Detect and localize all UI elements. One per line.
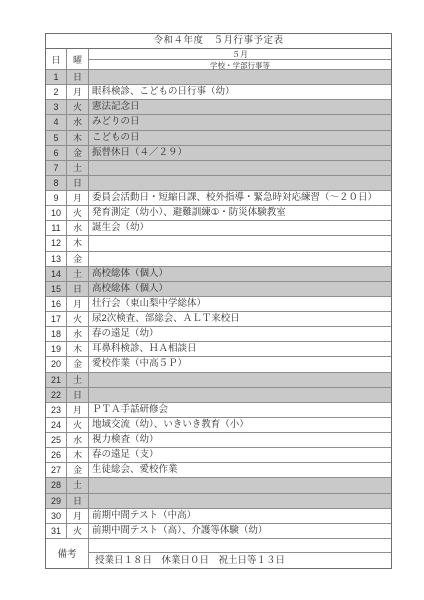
table-row: 24火地域交流（幼）、いきいき教育（小） xyxy=(46,418,391,433)
table-row: 22日 xyxy=(46,388,391,403)
day-number: 7 xyxy=(46,161,67,175)
remarks-label: 備考 xyxy=(46,539,89,568)
table-row: 13金 xyxy=(46,252,391,267)
event-text: 春の遠足（幼） xyxy=(89,327,391,341)
table-row: 25水視力検査（幼） xyxy=(46,433,391,448)
event-text: 眼科検診、こどもの日行事（幼） xyxy=(89,85,391,99)
weekday-label: 木 xyxy=(67,236,89,250)
day-number: 12 xyxy=(46,236,67,250)
event-text: 春の遠足（支） xyxy=(89,448,391,462)
table-row: 14土高校総体（個人） xyxy=(46,267,391,282)
day-number: 4 xyxy=(46,115,67,129)
event-text: 委員会活動日・短縮日課、校外指導・緊急時対応練習（～２０日） xyxy=(89,191,391,205)
schedule-rows: 1日2月眼科検診、こどもの日行事（幼）3火憲法記念日4水みどりの日5木こどもの日… xyxy=(46,70,391,539)
table-row: 15日高校総体（個人） xyxy=(46,282,391,297)
event-text xyxy=(89,176,391,190)
day-number: 21 xyxy=(46,373,67,387)
header-events-column: ５月 学校・学部行事等 xyxy=(89,49,391,69)
table-row: 23月ＰＴＡ手話研修会 xyxy=(46,403,391,418)
day-number: 13 xyxy=(46,252,67,266)
remarks-content: 授業日１８日 休業日０日 祝土日等１３日 xyxy=(89,539,391,568)
day-number: 17 xyxy=(46,312,67,326)
table-row: 20金愛校作業（中高５Ｐ） xyxy=(46,357,391,372)
weekday-label: 日 xyxy=(67,494,89,508)
event-text: 壮行会（東山梨中学総体） xyxy=(89,297,391,311)
weekday-label: 土 xyxy=(67,267,89,281)
event-text: 愛校作業（中高５Ｐ） xyxy=(89,357,391,371)
weekday-label: 月 xyxy=(67,509,89,523)
weekday-label: 日 xyxy=(67,282,89,296)
day-number: 14 xyxy=(46,267,67,281)
weekday-label: 水 xyxy=(67,433,89,447)
weekday-label: 火 xyxy=(67,206,89,220)
weekday-label: 金 xyxy=(67,146,89,160)
table-row: 12木 xyxy=(46,236,391,251)
day-number: 2 xyxy=(46,85,67,99)
event-text xyxy=(89,478,391,492)
weekday-label: 木 xyxy=(67,448,89,462)
weekday-label: 月 xyxy=(67,297,89,311)
table-row: 5木こどもの日 xyxy=(46,131,391,146)
weekday-label: 日 xyxy=(67,388,89,402)
table-row: 26木春の遠足（支） xyxy=(46,448,391,463)
weekday-label: 土 xyxy=(67,161,89,175)
table-row: 21土 xyxy=(46,373,391,388)
table-row: 6金振替休日（４／２９） xyxy=(46,146,391,161)
day-number: 24 xyxy=(46,418,67,432)
day-number: 5 xyxy=(46,131,67,145)
weekday-label: 火 xyxy=(67,100,89,114)
day-number: 3 xyxy=(46,100,67,114)
weekday-label: 土 xyxy=(67,373,89,387)
day-number: 30 xyxy=(46,509,67,523)
weekday-label: 日 xyxy=(67,70,89,84)
table-row: 29日 xyxy=(46,494,391,509)
table-row: 17火尿2次検査、部総会、ＡＬＴ来校日 xyxy=(46,312,391,327)
table-row: 30月前期中間テスト（中高） xyxy=(46,509,391,524)
table-row: 19木耳鼻科検診、ＨＡ相談日 xyxy=(46,342,391,357)
day-number: 29 xyxy=(46,494,67,508)
event-text: 憲法記念日 xyxy=(89,100,391,114)
day-number: 27 xyxy=(46,463,67,477)
remarks-section: 備考 授業日１８日 休業日０日 祝土日等１３日 xyxy=(46,539,391,568)
event-text: 生徒総会、愛校作業 xyxy=(89,463,391,477)
day-number: 20 xyxy=(46,357,67,371)
day-number: 6 xyxy=(46,146,67,160)
table-row: 10火発育測定（幼小）、避難訓練①・防災体験教室 xyxy=(46,206,391,221)
weekday-label: 木 xyxy=(67,342,89,356)
weekday-label: 月 xyxy=(67,403,89,417)
weekday-label: 水 xyxy=(67,115,89,129)
event-text: 耳鼻科検診、ＨＡ相談日 xyxy=(89,342,391,356)
day-number: 22 xyxy=(46,388,67,402)
event-text: ＰＴＡ手話研修会 xyxy=(89,403,391,417)
day-number: 18 xyxy=(46,327,67,341)
event-text xyxy=(89,494,391,508)
day-number: 8 xyxy=(46,176,67,190)
event-text: 誕生会（幼） xyxy=(89,221,391,235)
table-row: 7土 xyxy=(46,161,391,176)
day-number: 1 xyxy=(46,70,67,84)
day-number: 11 xyxy=(46,221,67,235)
weekday-label: 金 xyxy=(67,463,89,477)
event-text: 高校総体（個人） xyxy=(89,282,391,296)
header-weekday-column: 曜 xyxy=(67,49,89,69)
table-row: 31火前期中間テスト（高）、介護等体験（幼） xyxy=(46,524,391,539)
table-row: 28土 xyxy=(46,478,391,493)
event-text: 尿2次検査、部総会、ＡＬＴ来校日 xyxy=(89,312,391,326)
day-number: 9 xyxy=(46,191,67,205)
event-text xyxy=(89,161,391,175)
weekday-label: 水 xyxy=(67,221,89,235)
day-number: 26 xyxy=(46,448,67,462)
weekday-label: 金 xyxy=(67,252,89,266)
table-row: 27金生徒総会、愛校作業 xyxy=(46,463,391,478)
weekday-label: 日 xyxy=(67,176,89,190)
table-header: 日 曜 ５月 学校・学部行事等 xyxy=(46,49,391,70)
event-text xyxy=(89,70,391,84)
event-text xyxy=(89,252,391,266)
remarks-line-1 xyxy=(89,539,391,553)
weekday-label: 月 xyxy=(67,191,89,205)
table-row: 16月壮行会（東山梨中学総体） xyxy=(46,297,391,312)
event-text xyxy=(89,388,391,402)
event-text: こどもの日 xyxy=(89,131,391,145)
weekday-label: 金 xyxy=(67,357,89,371)
header-day-column: 日 xyxy=(46,49,67,69)
weekday-label: 土 xyxy=(67,478,89,492)
table-row: 8日 xyxy=(46,176,391,191)
day-number: 16 xyxy=(46,297,67,311)
event-text: 発育測定（幼小）、避難訓練①・防災体験教室 xyxy=(89,206,391,220)
weekday-label: 火 xyxy=(67,418,89,432)
page-title: 令和４年度 ５月行事予定表 xyxy=(46,34,391,49)
table-row: 2月眼科検診、こどもの日行事（幼） xyxy=(46,85,391,100)
schedule-sheet: 令和４年度 ５月行事予定表 日 曜 ５月 学校・学部行事等 1日2月眼科検診、こ… xyxy=(45,33,392,569)
table-row: 1日 xyxy=(46,70,391,85)
day-number: 10 xyxy=(46,206,67,220)
event-text: みどりの日 xyxy=(89,115,391,129)
day-number: 15 xyxy=(46,282,67,296)
header-month-label: ５月 xyxy=(89,49,391,60)
event-text: 高校総体（個人） xyxy=(89,267,391,281)
event-text: 地域交流（幼）、いきいき教育（小） xyxy=(89,418,391,432)
weekday-label: 月 xyxy=(67,85,89,99)
weekday-label: 水 xyxy=(67,327,89,341)
weekday-label: 木 xyxy=(67,131,89,145)
weekday-label: 火 xyxy=(67,524,89,538)
day-number: 19 xyxy=(46,342,67,356)
remarks-line-2: 授業日１８日 休業日０日 祝土日等１３日 xyxy=(89,553,391,568)
table-row: 3火憲法記念日 xyxy=(46,100,391,115)
event-text xyxy=(89,236,391,250)
day-number: 25 xyxy=(46,433,67,447)
event-text: 前期中間テスト（中高） xyxy=(89,509,391,523)
weekday-label: 火 xyxy=(67,312,89,326)
event-text: 視力検査（幼） xyxy=(89,433,391,447)
day-number: 31 xyxy=(46,524,67,538)
day-number: 28 xyxy=(46,478,67,492)
table-row: 4水みどりの日 xyxy=(46,115,391,130)
table-row: 9月委員会活動日・短縮日課、校外指導・緊急時対応練習（～２０日） xyxy=(46,191,391,206)
table-row: 11水誕生会（幼） xyxy=(46,221,391,236)
table-row: 18水春の遠足（幼） xyxy=(46,327,391,342)
event-text: 振替休日（４／２９） xyxy=(89,146,391,160)
event-text: 前期中間テスト（高）、介護等体験（幼） xyxy=(89,524,391,538)
day-number: 23 xyxy=(46,403,67,417)
event-text xyxy=(89,373,391,387)
